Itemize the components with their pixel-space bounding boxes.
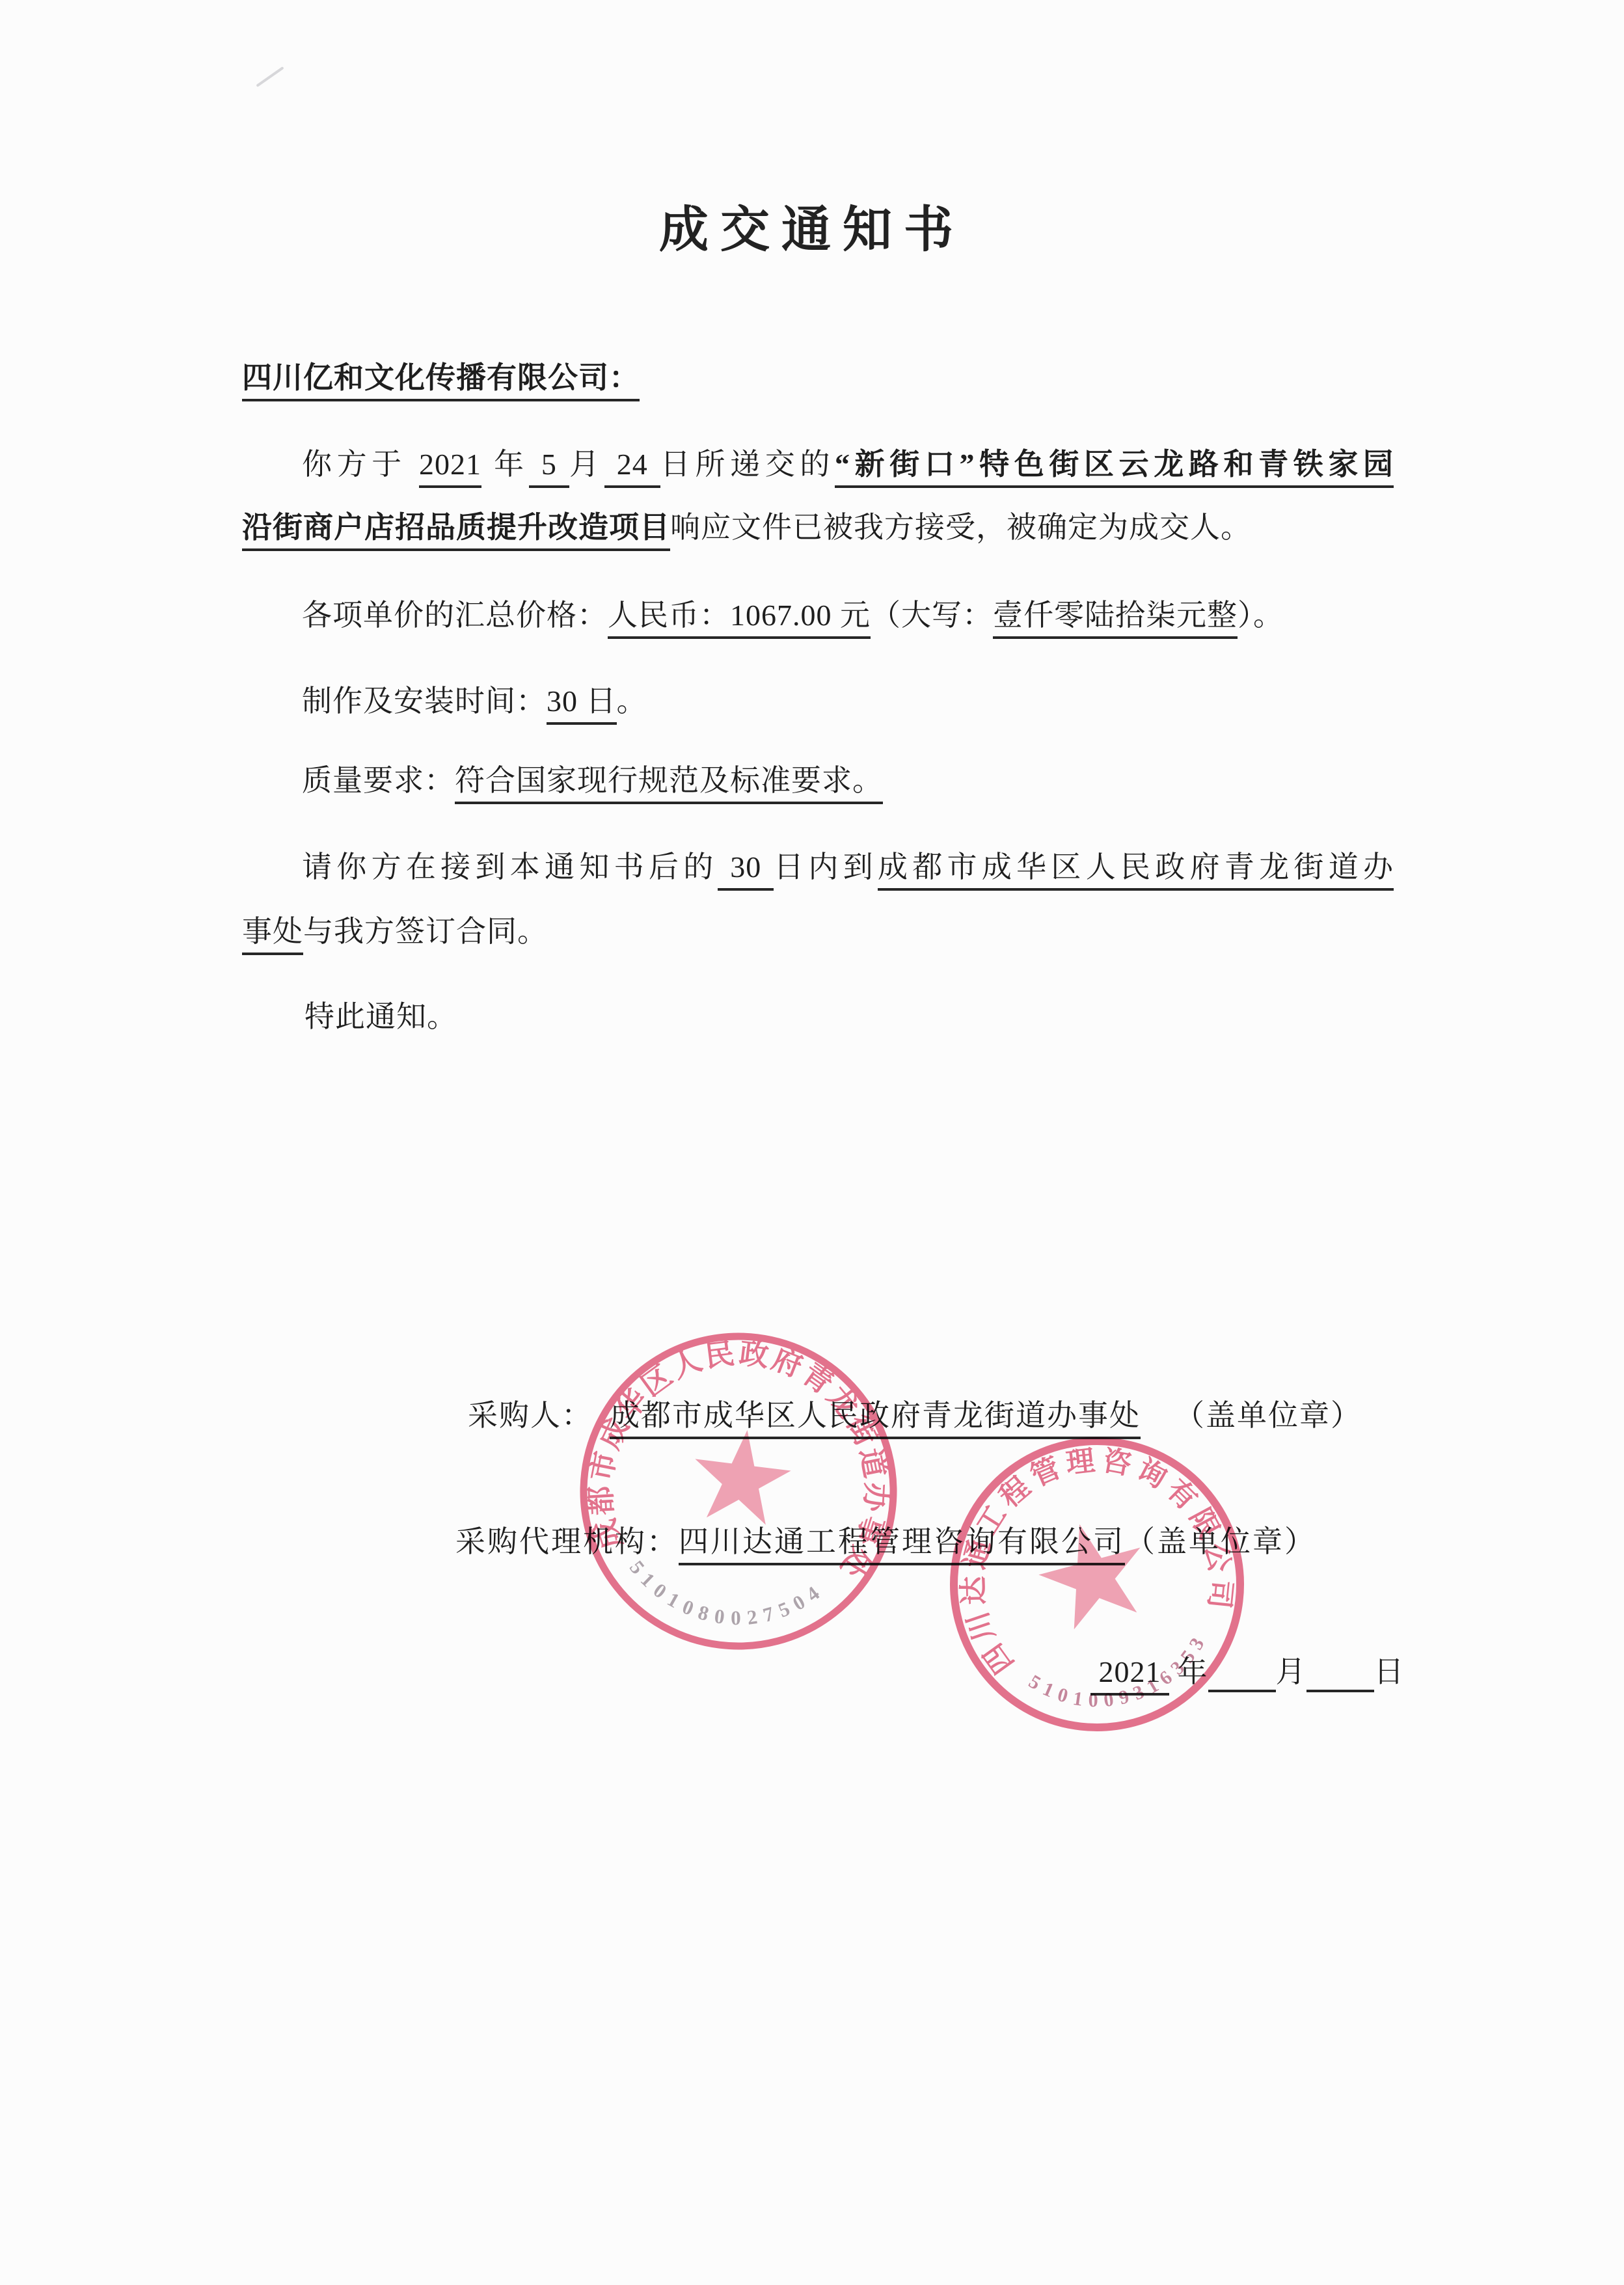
addressee-name: 四川亿和文化传播有限公司： [242, 361, 640, 401]
quality-value: 符合国家现行规范及标准要求。 [455, 764, 883, 804]
text-run: 请你方在接到本通知书后的 [302, 850, 718, 884]
project-name-part1: “新街口”特色街区云龙路和青铁家园 [835, 448, 1394, 488]
seal-code-text: 5101009316353 [1022, 1625, 1223, 1732]
text-run: ）。 [1238, 599, 1284, 632]
official-seal-agency: 四川达通工程管理咨询有限公司 5101009316353 [941, 1428, 1253, 1740]
time-label: 制作及安装时间： [302, 684, 547, 718]
text-run: 日内到 [774, 850, 878, 884]
scan-artifact [256, 66, 284, 87]
addressee-line: 四川亿和文化传播有限公司： [242, 359, 640, 397]
quality-label: 质量要求： [302, 764, 455, 797]
date-month-unit-char: 月 [1276, 1655, 1306, 1688]
date-day-unit-char: 日 [1374, 1655, 1405, 1688]
date-day-blank [1306, 1660, 1374, 1692]
buyer-name-part1: 成都市成华区人民政府青龙街道办 [878, 850, 1394, 891]
official-seal-buyer: 成都市成华区人民政府青龙街道办事处 5101080027504 [569, 1322, 908, 1660]
text-run: 响应文件已被我方接受，被确定为成交人。 [670, 511, 1251, 544]
text-run: 年 [481, 448, 529, 481]
award-notice-document: 成交通知书 四川亿和文化传播有限公司： 你方于 2021 年 5 月 24 日所… [0, 0, 1624, 2285]
price-label: 各项单价的汇总价格： [302, 599, 608, 632]
paragraph-price: 各项单价的汇总价格：人民币：1067.00 元（大写：壹仟零陆拾柒元整）。 [302, 597, 1284, 634]
submission-day: 24 [604, 448, 660, 488]
time-value: 30 日 [547, 684, 617, 725]
paragraph-contract-line2: 事处与我方签订合同。 [242, 913, 548, 951]
paragraph-notice: 特此通知。 [304, 998, 457, 1036]
buyer-seal-note: （盖单位章） [1174, 1399, 1362, 1432]
paragraph-contract-line1: 请你方在接到本通知书后的 30 日内到成都市成华区人民政府青龙街道办 [302, 848, 1394, 886]
page-title: 成交通知书 [0, 190, 1624, 261]
text-run: 。 [617, 684, 647, 718]
text-run: 你方于 [302, 448, 419, 481]
text-run: （大写： [871, 599, 993, 632]
text-run: 与我方签订合同。 [303, 915, 548, 948]
price-amount: 人民币：1067.00 元 [608, 599, 871, 639]
text-run: 日所递交的 [660, 448, 835, 481]
text-run: 月 [569, 448, 604, 481]
paragraph-submission-line1: 你方于 2021 年 5 月 24 日所递交的“新街口”特色街区云龙路和青铁家园 [302, 446, 1394, 483]
seal-code-text: 5101080027504 [619, 1554, 831, 1641]
seal-star-icon [1029, 1511, 1156, 1634]
project-name-part2: 沿街商户店招品质提升改造项目 [242, 511, 670, 551]
paragraph-submission-line2: 沿街商户店招品质提升改造项目响应文件已被我方接受，被确定为成交人。 [242, 509, 1251, 547]
paragraph-quality: 质量要求：符合国家现行规范及标准要求。 [302, 762, 883, 800]
buyer-name-part2: 事处 [242, 915, 303, 955]
submission-month: 5 [529, 448, 569, 488]
price-amount-words: 壹仟零陆拾柒元整 [993, 599, 1238, 639]
paragraph-time: 制作及安装时间：30 日。 [302, 683, 647, 720]
submission-year: 2021 [419, 448, 481, 488]
contract-days: 30 [718, 850, 774, 891]
seal-star-icon [688, 1424, 795, 1527]
